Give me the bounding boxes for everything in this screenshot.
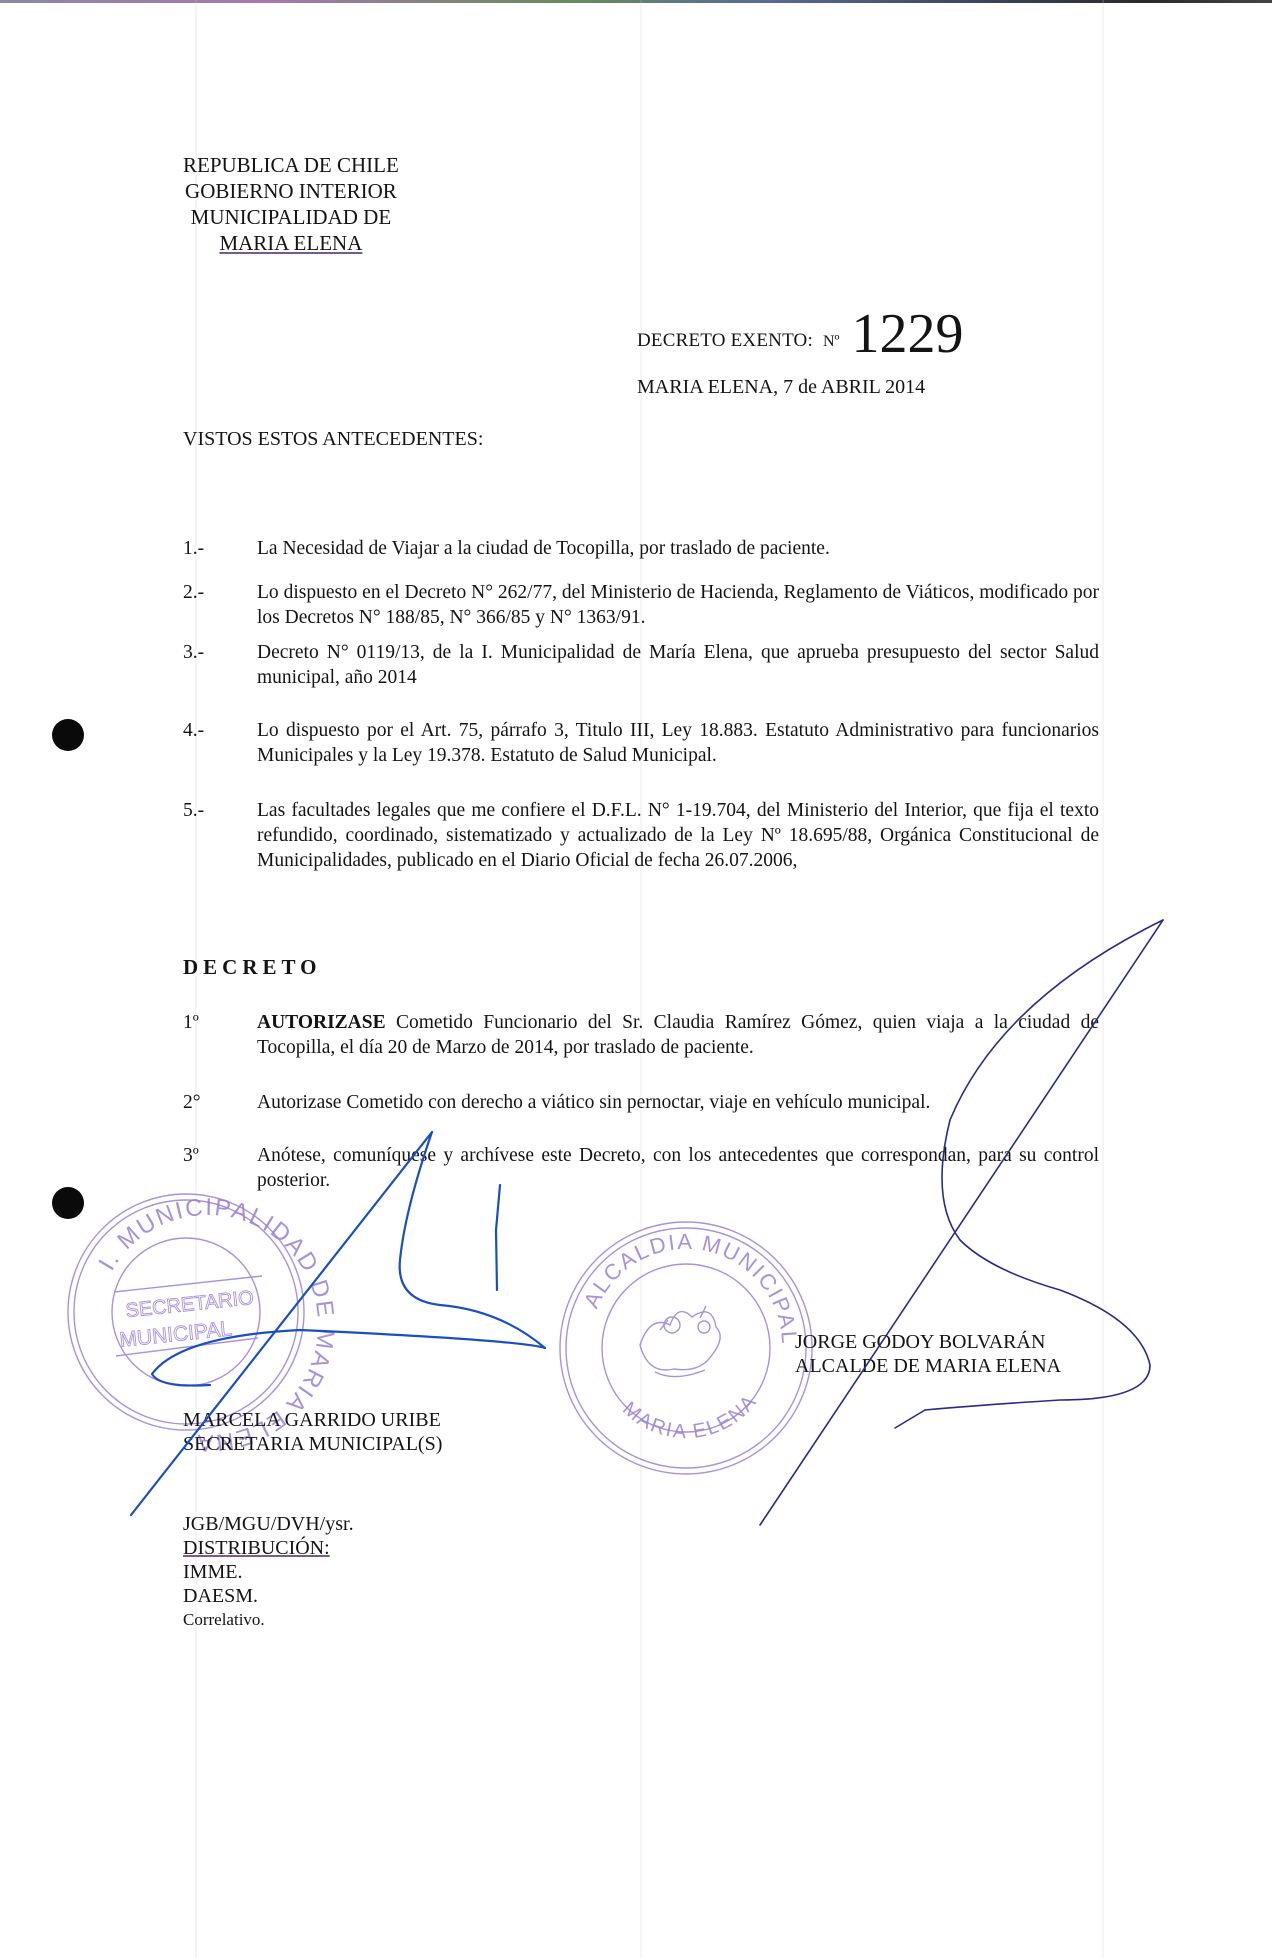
mayor-title: ALCALDE DE MARIA ELENA (795, 1354, 1061, 1378)
punch-hole (52, 719, 84, 751)
item-number: 5.- (183, 798, 204, 823)
vistos-item: 4.- Lo dispuesto por el Art. 75, párrafo… (183, 718, 1099, 768)
decreto-item: 2° Autorizase Cometido con derecho a viá… (183, 1090, 1099, 1115)
decree-label: DECRETO EXENTO: (637, 330, 813, 351)
item-number: 1.- (183, 536, 204, 561)
item-number: 3º (183, 1143, 199, 1168)
svg-text:SECRETARIO: SECRETARIO (125, 1287, 255, 1322)
distribution-label: DISTRIBUCIÓN: (183, 1536, 354, 1560)
scan-streak (640, 0, 642, 1958)
decree-number-value: 1229 (851, 303, 963, 365)
decreto-item: 3º Anótese, comuníquese y archívese este… (183, 1143, 1099, 1193)
letterhead-line: MARIA ELENA (183, 230, 399, 256)
vistos-item: 2.- Lo dispuesto en el Decreto N° 262/77… (183, 580, 1099, 630)
item-text: Anótese, comuníquese y archívese este De… (257, 1143, 1099, 1193)
item-text: Autorizase Cometido con derecho a viátic… (257, 1090, 1099, 1115)
place-date: MARIA ELENA, 7 de ABRIL 2014 (637, 376, 925, 399)
secretary-stamp (68, 1194, 304, 1430)
letterhead: REPUBLICA DE CHILE GOBIERNO INTERIOR MUN… (183, 152, 399, 256)
scan-edge (0, 0, 1272, 3)
vistos-item: 3.- Decreto N° 0119/13, de la I. Municip… (183, 640, 1099, 690)
item-number: 1º (183, 1010, 199, 1035)
secretary-signature-block: MARCELA GARRIDO URIBE SECRETARIA MUNICIP… (183, 1408, 442, 1456)
secretary-name: MARCELA GARRIDO URIBE (183, 1408, 442, 1432)
initials: JGB/MGU/DVH/ysr. (183, 1512, 354, 1536)
decreto-item: 1º AUTORIZASE Cometido Funcionario del S… (183, 1010, 1099, 1060)
item-text: Decreto N° 0119/13, de la I. Municipalid… (257, 640, 1099, 690)
item-text: AUTORIZASE Cometido Funcionario del Sr. … (257, 1010, 1099, 1060)
letterhead-line: REPUBLICA DE CHILE (183, 152, 399, 178)
vistos-title: VISTOS ESTOS ANTECEDENTES: (183, 428, 483, 451)
item-text: Las facultades legales que me confiere e… (257, 798, 1099, 873)
scan-streak (1102, 0, 1104, 1958)
punch-hole (52, 1187, 84, 1219)
secretary-title: SECRETARIA MUNICIPAL(S) (183, 1432, 442, 1456)
item-number: 2.- (183, 580, 204, 605)
item-text: Lo dispuesto en el Decreto N° 262/77, de… (257, 580, 1099, 630)
number-symbol: Nº (823, 333, 840, 350)
letterhead-line: MUNICIPALIDAD DE (183, 204, 399, 230)
item-text: La Necesidad de Viajar a la ciudad de To… (257, 536, 1099, 561)
recipient: DAESM. (183, 1584, 354, 1608)
item-number: 2° (183, 1090, 201, 1115)
svg-text:ALCALDIA MUNICIPAL: ALCALDIA MUNICIPAL (578, 1229, 802, 1346)
mayor-name: JORGE GODOY BOLVARÁN (795, 1330, 1061, 1354)
item-number: 3.- (183, 640, 204, 665)
bold-lead: AUTORIZASE (257, 1012, 386, 1033)
footer-note: Correlativo. (183, 1608, 354, 1632)
recipient: IMME. (183, 1560, 354, 1584)
item-number: 4.- (183, 718, 204, 743)
vistos-item: 5.- Las facultades legales que me confie… (183, 798, 1099, 873)
vistos-item: 1.- La Necesidad de Viajar a la ciudad d… (183, 536, 1099, 561)
letterhead-line: GOBIERNO INTERIOR (183, 178, 399, 204)
svg-text:MUNICIPAL: MUNICIPAL (118, 1317, 233, 1352)
item-text: Lo dispuesto por el Art. 75, párrafo 3, … (257, 718, 1099, 768)
mayor-signature-block: JORGE GODOY BOLVARÁN ALCALDE DE MARIA EL… (795, 1330, 1061, 1378)
decreto-title: DECRETO (183, 955, 321, 980)
mayor-stamp (560, 1222, 812, 1474)
footer-block: JGB/MGU/DVH/ysr. DISTRIBUCIÓN: IMME. DAE… (183, 1512, 354, 1632)
decree-number: DECRETO EXENTO:Nº1229 (637, 302, 963, 366)
